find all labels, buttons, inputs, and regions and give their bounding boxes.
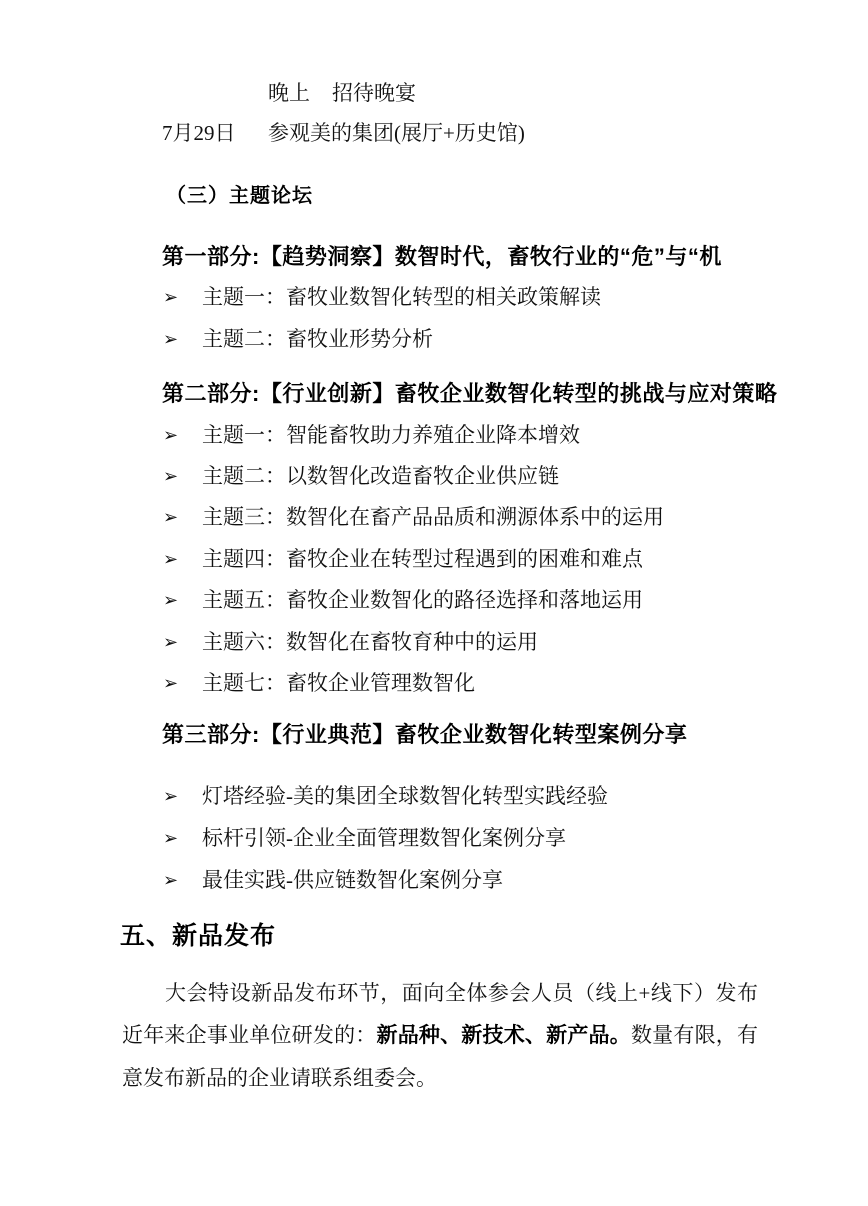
topic-item: ➢主题二：以数智化改造畜牧企业供应链: [163, 460, 559, 490]
arrow-bullet-icon: ➢: [163, 329, 202, 350]
new-product-paragraph: 大会特设新品发布环节，面向全体参会人员（线上+线下）发布近年来企事业单位研发的：…: [122, 972, 758, 1099]
arrow-bullet-icon: ➢: [163, 425, 202, 446]
arrow-bullet-icon: ➢: [163, 673, 202, 694]
topic-text: 标杆引领-企业全面管理数智化案例分享: [202, 826, 566, 850]
arrow-bullet-icon: ➢: [163, 549, 202, 570]
schedule-date: 7月29日: [162, 122, 236, 144]
schedule-row-evening: 晚上招待晚宴: [268, 82, 416, 104]
forum-section-heading: （三）主题论坛: [166, 179, 313, 208]
arrow-bullet-icon: ➢: [163, 870, 202, 891]
part2-heading: 第二部分:【行业创新】畜牧企业数智化转型的挑战与应对策略: [162, 377, 777, 408]
new-product-heading: 五、新品发布: [120, 916, 276, 952]
schedule-date-activity: 参观美的集团(展厅+历史馆): [268, 122, 525, 144]
arrow-bullet-icon: ➢: [163, 507, 202, 528]
topic-item: ➢标杆引领-企业全面管理数智化案例分享: [163, 822, 566, 852]
topic-text: 主题四：畜牧企业在转型过程遇到的困难和难点: [202, 547, 643, 571]
topic-text: 主题二：畜牧业形势分析: [202, 327, 433, 351]
topic-item: ➢主题一：智能畜牧助力养殖企业降本增效: [163, 419, 580, 449]
topic-item: ➢最佳实践-供应链数智化案例分享: [163, 864, 503, 894]
topic-item: ➢主题一：畜牧业数智化转型的相关政策解读: [163, 281, 601, 311]
paragraph-bold-text: 新品种、新技术、新产品。: [376, 1024, 630, 1047]
topic-item: ➢主题七：畜牧企业管理数智化: [163, 667, 475, 697]
arrow-bullet-icon: ➢: [163, 590, 202, 611]
topic-text: 主题一：畜牧业数智化转型的相关政策解读: [202, 285, 601, 309]
topic-text: 灯塔经验-美的集团全球数智化转型实践经验: [202, 784, 608, 808]
topic-item: ➢主题五：畜牧企业数智化的路径选择和落地运用: [163, 584, 643, 614]
topic-item: ➢主题六：数智化在畜牧育种中的运用: [163, 626, 538, 656]
arrow-bullet-icon: ➢: [163, 632, 202, 653]
topic-text: 主题三：数智化在畜产品品质和溯源体系中的运用: [202, 505, 664, 529]
arrow-bullet-icon: ➢: [163, 786, 202, 807]
topic-text: 主题七：畜牧企业管理数智化: [202, 671, 475, 695]
topic-text: 最佳实践-供应链数智化案例分享: [202, 868, 503, 892]
part1-heading: 第一部分:【趋势洞察】数智时代，畜牧行业的“危”与“机: [162, 240, 722, 271]
arrow-bullet-icon: ➢: [163, 466, 202, 487]
part3-heading: 第三部分:【行业典范】畜牧企业数智化转型案例分享: [162, 718, 687, 749]
topic-item: ➢灯塔经验-美的集团全球数智化转型实践经验: [163, 780, 608, 810]
topic-item: ➢主题二：畜牧业形势分析: [163, 323, 433, 353]
schedule-time: 晚上: [268, 81, 310, 105]
arrow-bullet-icon: ➢: [163, 287, 202, 308]
arrow-bullet-icon: ➢: [163, 828, 202, 849]
topic-text: 主题六：数智化在畜牧育种中的运用: [202, 630, 538, 654]
topic-text: 主题二：以数智化改造畜牧企业供应链: [202, 464, 559, 488]
topic-item: ➢主题三：数智化在畜产品品质和溯源体系中的运用: [163, 501, 664, 531]
topic-text: 主题一：智能畜牧助力养殖企业降本增效: [202, 423, 580, 447]
topic-text: 主题五：畜牧企业数智化的路径选择和落地运用: [202, 588, 643, 612]
schedule-activity: 招待晚宴: [332, 81, 416, 105]
document-page: 晚上招待晚宴 7月29日 参观美的集团(展厅+历史馆) （三）主题论坛 第一部分…: [0, 0, 868, 1206]
topic-item: ➢主题四：畜牧企业在转型过程遇到的困难和难点: [163, 543, 643, 573]
